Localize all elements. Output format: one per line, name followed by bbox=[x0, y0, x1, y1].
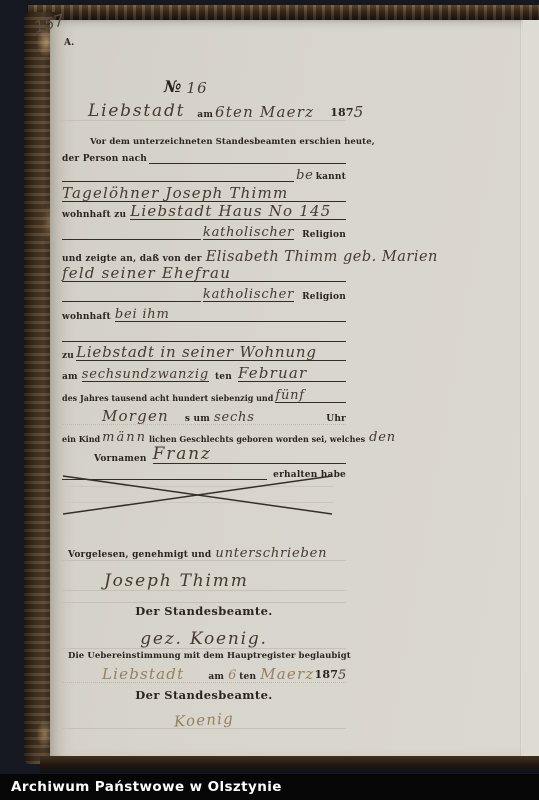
certification-month: Maerz bbox=[260, 667, 314, 682]
certification-am-label: am bbox=[208, 672, 224, 682]
residence-row: wohnhaft zu Liebstadt Haus No 145 bbox=[62, 198, 346, 220]
archival-document-scan: 157 A. № 16 Liebstadt am 6ten Maerz 187 … bbox=[0, 0, 539, 800]
page-right-edge bbox=[523, 20, 539, 758]
year-written-hw: fünf bbox=[275, 389, 305, 403]
certification-year-printed: 187 bbox=[314, 669, 338, 682]
certification-signature-row: Koenig bbox=[62, 704, 346, 729]
declarant-signature-row: Joseph Thimm bbox=[62, 560, 346, 591]
birth-year-row: des Jahres tausend acht hundert siebenzi… bbox=[62, 381, 346, 403]
vorgelesen-label: Vorgelesen, genehmigt und bbox=[68, 550, 211, 560]
book-bottom-edge bbox=[40, 756, 539, 773]
bei-ihm-written: bei ihm bbox=[115, 308, 170, 322]
certification-signature: Koenig bbox=[174, 711, 235, 729]
page-fold-line bbox=[520, 20, 523, 758]
time-of-day-written: Morgen bbox=[102, 409, 169, 424]
birth-time-row: Morgen s um sechs Uhr bbox=[62, 402, 346, 425]
year-written: 5 bbox=[354, 105, 365, 120]
certification-place: Liebstadt bbox=[102, 667, 184, 682]
certification-date-row: Liebstadt am 6 ten Maerz 187 5 bbox=[62, 664, 346, 683]
person-nach-row: der Person nach bbox=[62, 144, 346, 164]
place-written: Liebstadt bbox=[88, 103, 185, 120]
certification-statement: Die Uebereinstimmung mit dem Hauptregist… bbox=[68, 652, 351, 662]
archive-name: Archiwum Państwowe w Olsztynie bbox=[11, 779, 282, 795]
standesbeamte-label-2: Der Standesbeamte. bbox=[135, 689, 272, 702]
birth-place-row: zu Liebstadt in seiner Wohnung bbox=[62, 339, 346, 361]
certification-day: 6 bbox=[228, 669, 237, 682]
hour-written: sechs bbox=[214, 411, 255, 424]
place-date-row: Liebstadt am 6ten Maerz 187 5 bbox=[62, 96, 346, 121]
religion-row-1: katholischer Religion bbox=[62, 218, 346, 240]
date-written: 6ten Maerz bbox=[215, 105, 314, 120]
registrar-title-row-2: Der Standesbeamte. bbox=[62, 686, 346, 702]
declarant-signature: Joseph Thimm bbox=[104, 573, 249, 590]
certification-ten-label: ten bbox=[239, 672, 256, 682]
den-written: den bbox=[369, 431, 396, 444]
wohnhaft-label: wohnhaft bbox=[62, 312, 111, 322]
registry-page: 157 A. № 16 Liebstadt am 6ten Maerz 187 … bbox=[50, 20, 539, 758]
registrar-title-row: Der Standesbeamte. bbox=[62, 602, 346, 618]
record-number-row: № 16 bbox=[62, 74, 346, 96]
numero-sign: № bbox=[164, 78, 182, 96]
mother-row-2: feld seiner Ehefrau bbox=[62, 260, 346, 282]
first-name-row: Vornamen Franz bbox=[62, 440, 346, 464]
certification-statement-row: Die Uebereinstimmung mit dem Hauptregist… bbox=[62, 648, 346, 662]
wohnhaft-row: wohnhaft bei ihm bbox=[62, 300, 346, 322]
birth-month-written: Februar bbox=[238, 366, 307, 382]
unterschrieben-written: unterschrieben bbox=[215, 547, 327, 560]
standesbeamte-label: Der Standesbeamte. bbox=[135, 605, 272, 618]
uhr-label: Uhr bbox=[326, 414, 346, 424]
um-label: s um bbox=[185, 414, 210, 424]
record-number: 16 bbox=[186, 81, 208, 96]
am-label: am bbox=[197, 110, 213, 120]
vorgelesen-row: Vorgelesen, genehmigt und unterschrieben bbox=[62, 538, 346, 561]
birth-place-written: Liebstadt in seiner Wohnung bbox=[76, 345, 317, 361]
religion-row-2: katholischer Religion bbox=[62, 280, 346, 302]
cross-out-mark bbox=[60, 472, 338, 518]
birth-day-row: am sechsundzwanzig ten Februar bbox=[62, 360, 346, 382]
form-content: № 16 Liebstadt am 6ten Maerz 187 5 Vor d… bbox=[62, 20, 346, 758]
year-printed: 187 bbox=[330, 107, 354, 120]
crossed-out-section bbox=[60, 472, 338, 518]
bekannt-row: be kannt bbox=[62, 162, 346, 182]
birth-day-written: sechsundzwanzig bbox=[82, 368, 209, 382]
archive-watermark-bar: Archiwum Państwowe w Olsztynie bbox=[0, 774, 539, 800]
certification-year-written: 5 bbox=[338, 669, 347, 682]
